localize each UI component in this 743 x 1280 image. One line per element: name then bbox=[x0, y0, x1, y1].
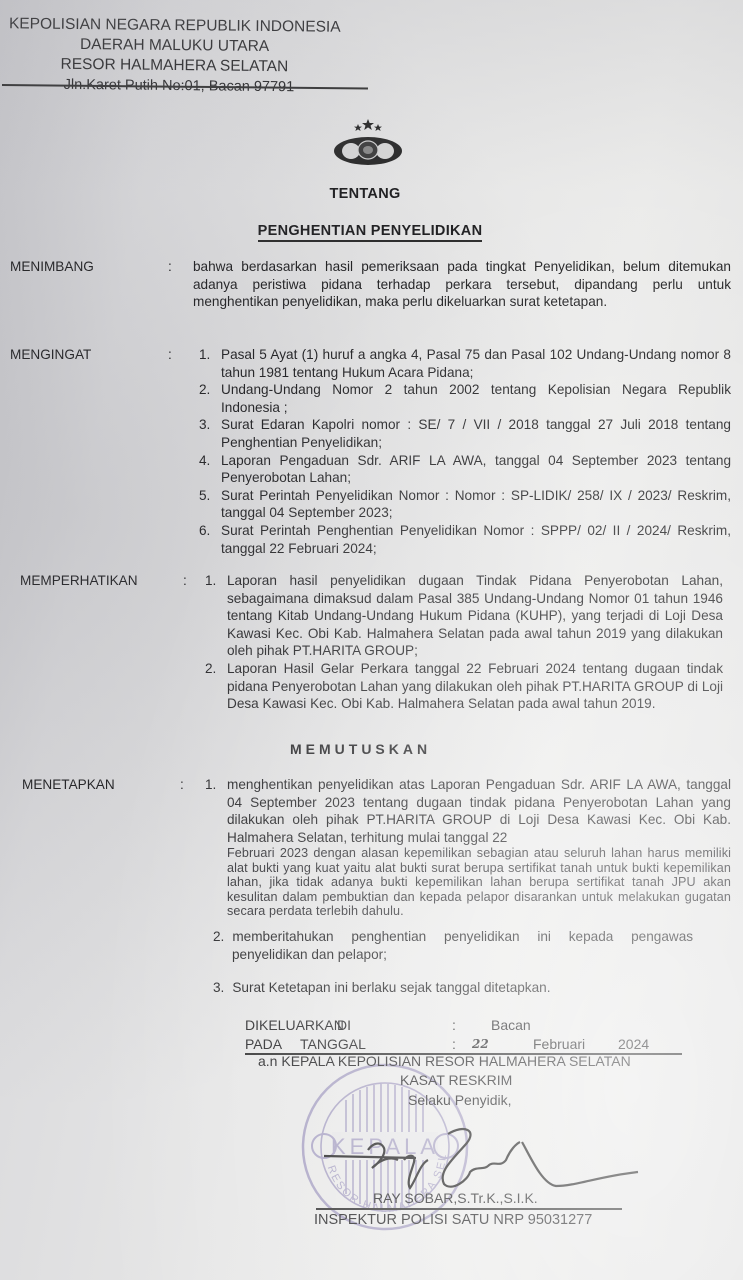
issued-at-value: Bacan bbox=[491, 1016, 531, 1035]
section-list: 1. menghentikan penyelidikan atas Lapora… bbox=[205, 776, 731, 919]
list-item: 3.Surat Ketetapan ini berlaku sejak tang… bbox=[213, 980, 551, 995]
on-behalf-of: a.n KEPALA KEPOLISIAN RESOR HALMAHERA SE… bbox=[258, 1053, 631, 1069]
list-number: 6. bbox=[199, 522, 210, 540]
list-text: Laporan Hasil Gelar Perkara tanggal 22 F… bbox=[227, 661, 723, 711]
date-day-handwritten: 22 bbox=[472, 1035, 489, 1054]
issuance-block: DIKELUARKAN DI : Bacan PADA TANGGAL : 22… bbox=[245, 1016, 685, 1054]
section-label: MEMPERHATIKAN bbox=[20, 572, 138, 590]
list-number: 5. bbox=[199, 487, 210, 505]
list-text: Surat Ketetapan ini berlaku sejak tangga… bbox=[232, 980, 550, 995]
signer-capacity: Selaku Penyidik, bbox=[408, 1092, 512, 1108]
colon: : bbox=[452, 1016, 456, 1035]
list-number: 2. bbox=[199, 381, 210, 399]
list-number: 1. bbox=[205, 572, 216, 590]
section-list: 1.Laporan hasil penyelidikan dugaan Tind… bbox=[205, 572, 723, 713]
colon: : bbox=[452, 1035, 456, 1054]
list-text: memberitahukan penghentian penyelidikan … bbox=[232, 929, 693, 944]
date-month: Februari bbox=[533, 1035, 585, 1054]
section-colon: : bbox=[183, 572, 187, 590]
section-list: 1.Pasal 5 Ayat (1) huruf a angka 4, Pasa… bbox=[199, 346, 731, 557]
date-label-2: TANGGAL bbox=[300, 1035, 366, 1054]
list-text-continued: penyelidikan dan pelapor; bbox=[213, 946, 733, 964]
signer-role: KASAT RESKRIM bbox=[400, 1072, 512, 1088]
list-item: 3.Surat Edaran Kapolri nomor : SE/ 7 / V… bbox=[199, 416, 731, 451]
list-item: 2.memberitahukan penghentian penyelidika… bbox=[213, 928, 733, 964]
list-text: Laporan Pengaduan Sdr. ARIF LA AWA, tang… bbox=[221, 453, 731, 486]
list-text: Surat Perintah Penghentian Penyelidikan … bbox=[221, 523, 731, 556]
document-subtitle: PENGHENTIAN PENYELIDIKAN bbox=[250, 223, 490, 239]
section-colon: : bbox=[180, 776, 184, 794]
list-text: Undang-Undang Nomor 2 tahun 2002 tentang… bbox=[221, 382, 731, 415]
subtitle-text: PENGHENTIAN PENYELIDIKAN bbox=[258, 223, 483, 242]
issued-at-label-2: DI bbox=[337, 1016, 351, 1035]
list-item: 6.Surat Perintah Penghentian Penyelidika… bbox=[199, 522, 731, 557]
list-number: 3. bbox=[213, 980, 224, 995]
signer-name: RAY SOBAR,S.Tr.K.,S.I.K. bbox=[373, 1190, 538, 1206]
section-label: MENIMBANG bbox=[10, 258, 94, 276]
signature-icon bbox=[320, 1120, 650, 1200]
list-number: 2. bbox=[205, 660, 216, 678]
list-number: 4. bbox=[199, 452, 210, 470]
list-text: Laporan hasil penyelidikan dugaan Tindak… bbox=[227, 573, 723, 658]
list-number: 1. bbox=[205, 776, 216, 794]
police-emblem-icon bbox=[332, 118, 404, 168]
date-row: PADA TANGGAL : 22 Februari 2024 bbox=[245, 1035, 685, 1054]
decision-heading: MEMUTUSKAN bbox=[290, 741, 431, 757]
list-text: Surat Perintah Penyelidikan Nomor : Nomo… bbox=[221, 488, 731, 521]
list-number: 2. bbox=[213, 929, 224, 944]
list-item: 1. menghentikan penyelidikan atas Lapora… bbox=[205, 776, 731, 919]
list-item: 5.Surat Perintah Penyelidikan Nomor : No… bbox=[199, 487, 731, 522]
letterhead-line-1: KEPOLISIAN NEGARA REPUBLIK INDONESIA bbox=[2, 14, 347, 38]
section-label: MENGINGAT bbox=[10, 346, 91, 364]
date-label: PADA bbox=[245, 1035, 282, 1054]
list-item: 2.Undang-Undang Nomor 2 tahun 2002 tenta… bbox=[199, 381, 731, 416]
signer-rank: INSPEKTUR POLISI SATU NRP 95031277 bbox=[314, 1212, 592, 1228]
signer-underline bbox=[316, 1208, 622, 1210]
list-item: 4.Laporan Pengaduan Sdr. ARIF LA AWA, ta… bbox=[199, 452, 731, 487]
section-text: bahwa berdasarkan hasil pemeriksaan pada… bbox=[193, 258, 731, 311]
list-text: Surat Edaran Kapolri nomor : SE/ 7 / VII… bbox=[221, 417, 731, 450]
list-number: 3. bbox=[199, 416, 210, 434]
section-colon: : bbox=[168, 258, 172, 276]
inserted-reason-text: Februari 2023 dengan alasan kepemilikan … bbox=[227, 846, 731, 919]
issued-at-row: DIKELUARKAN DI : Bacan bbox=[245, 1016, 685, 1035]
document-title: TENTANG bbox=[300, 186, 430, 202]
section-colon: : bbox=[168, 346, 172, 364]
list-text: Pasal 5 Ayat (1) huruf a angka 4, Pasal … bbox=[221, 347, 731, 380]
document-page: KEPOLISIAN NEGARA REPUBLIK INDONESIA DAE… bbox=[0, 0, 743, 1280]
list-item: 1.Pasal 5 Ayat (1) huruf a angka 4, Pasa… bbox=[199, 346, 731, 381]
section-label: MENETAPKAN bbox=[22, 776, 115, 794]
list-number: 1. bbox=[199, 346, 210, 364]
issued-at-label: DIKELUARKAN bbox=[245, 1016, 344, 1035]
list-text: menghentikan penyelidikan atas Laporan P… bbox=[227, 777, 731, 845]
list-item: 1.Laporan hasil penyelidikan dugaan Tind… bbox=[205, 572, 723, 660]
date-year: 2024 bbox=[618, 1035, 649, 1054]
list-item: 2.Laporan Hasil Gelar Perkara tanggal 22… bbox=[205, 660, 723, 713]
